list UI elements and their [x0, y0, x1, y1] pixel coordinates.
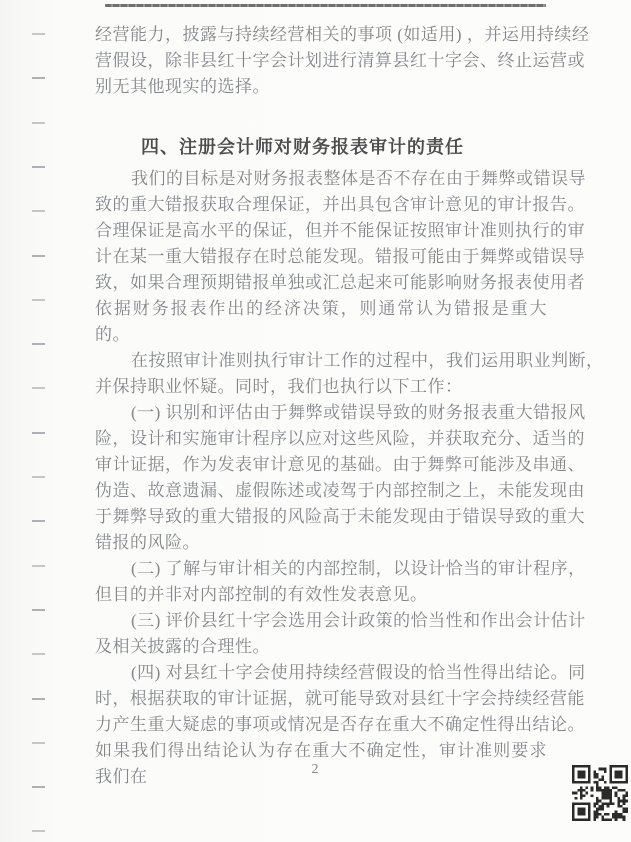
binding-mark: [32, 609, 45, 611]
paragraph: (一) 识别和评估由于舞弊或错误导致的财务报表重大错报风险，设计和实施审计程序以…: [95, 400, 547, 556]
text-line: 别无其他现实的选择。: [95, 74, 547, 100]
text-line: (三) 评价县红十字会选用会计政策的恰当性和作出会计估计: [95, 608, 547, 634]
binding-mark: [32, 343, 45, 345]
scan-artifact-line: [105, 4, 546, 7]
binding-mark: [32, 210, 45, 212]
text-line: 于舞弊导致的重大错报的风险高于未能发现由于错误导致的重大: [95, 504, 547, 530]
binding-mark: [32, 255, 45, 257]
text-line: 错报的风险。: [95, 530, 547, 556]
binding-mark: [32, 33, 45, 35]
text-line: 经营能力，披露与持续经营相关的事项 (如适用) ，并运用持续经: [95, 22, 547, 48]
text-line: 力产生重大疑虑的事项或情况是否存在重大不确定性得出结论。: [95, 712, 547, 738]
document-text: 经营能力，披露与持续经营相关的事项 (如适用) ，并运用持续经营假设，除非县红十…: [95, 22, 547, 790]
text-line: 计在某一重大错报存在时总能发现。错报可能由于舞弊或错误导: [95, 244, 547, 270]
binding-mark: [32, 520, 45, 522]
binding-mark: [32, 77, 45, 79]
text-line: 营假设，除非县红十字会计划进行清算县红十字会、终止运营或: [95, 48, 547, 74]
text-line: (四) 对县红十字会使用持续经营假设的恰当性得出结论。同: [95, 660, 547, 686]
document-page: 经营能力，披露与持续经营相关的事项 (如适用) ，并运用持续经营假设，除非县红十…: [0, 0, 631, 842]
paragraph: (二) 了解与审计相关的内部控制，以设计恰当的审计程序，但目的并非对内部控制的有…: [95, 556, 547, 608]
text-line: 致，如果合理预期错报单独或汇总起来可能影响财务报表使用者: [95, 270, 547, 296]
text-line: 险，设计和实施审计程序以应对这些风险，并获取充分、适当的: [95, 426, 547, 452]
binding-mark: [32, 122, 45, 124]
binding-mark: [32, 653, 45, 655]
qr-code: [572, 764, 628, 822]
paragraph: 在按照审计准则执行审计工作的过程中，我们运用职业判断，并保持职业怀疑。同时，我们…: [95, 348, 547, 400]
text-line: 致的重大错报获取合理保证，并出具包含审计意见的审计报告。: [95, 192, 547, 218]
paragraph: 我们的目标是对财务报表整体是否不存在由于舞弊或错误导致的重大错报获取合理保证，并…: [95, 166, 547, 348]
binding-mark: [32, 166, 45, 168]
text-line: 依据财务报表作出的经济决策，则通常认为错报是重大的。: [95, 296, 547, 348]
text-line: 四、注册会计师对财务报表审计的责任: [95, 134, 547, 160]
binding-mark: [32, 299, 45, 301]
binding-mark: [32, 698, 45, 700]
binding-mark: [32, 387, 45, 389]
text-line: 伪造、故意遗漏、虚假陈述或凌驾于内部控制之上，未能发现由: [95, 478, 547, 504]
text-line: 在按照审计准则执行审计工作的过程中，我们运用职业判断，: [95, 348, 547, 374]
paragraph: (三) 评价县红十字会选用会计政策的恰当性和作出会计估计及相关披露的合理性。: [95, 608, 547, 660]
text-line: 合理保证是高水平的保证，但并不能保证按照审计准则执行的审: [95, 218, 547, 244]
text-line: 时，根据获取的审计证据，就可能导致对县红十字会持续经营能: [95, 686, 547, 712]
text-line: 但目的并非对内部控制的有效性发表意见。: [95, 582, 547, 608]
binding-mark: [32, 830, 45, 832]
binding-mark: [32, 786, 45, 788]
binding-mark: [32, 565, 45, 567]
text-line: 并保持职业怀疑。同时，我们也执行以下工作：: [95, 374, 547, 400]
text-line: 审计证据，作为发表审计意见的基础。由于舞弊可能涉及串通、: [95, 452, 547, 478]
text-line: (二) 了解与审计相关的内部控制，以设计恰当的审计程序，: [95, 556, 547, 582]
binding-mark: [32, 432, 45, 434]
text-line: (一) 识别和评估由于舞弊或错误导致的财务报表重大错报风: [95, 400, 547, 426]
binding-mark: [32, 476, 45, 478]
section-heading: 四、注册会计师对财务报表审计的责任: [95, 134, 547, 160]
binding-mark: [32, 742, 45, 744]
text-line: 我们的目标是对财务报表整体是否不存在由于舞弊或错误导: [95, 166, 547, 192]
text-line: 及相关披露的合理性。: [95, 634, 547, 660]
page-number: 2: [0, 762, 631, 778]
paragraph: 经营能力，披露与持续经营相关的事项 (如适用) ，并运用持续经营假设，除非县红十…: [95, 22, 547, 100]
